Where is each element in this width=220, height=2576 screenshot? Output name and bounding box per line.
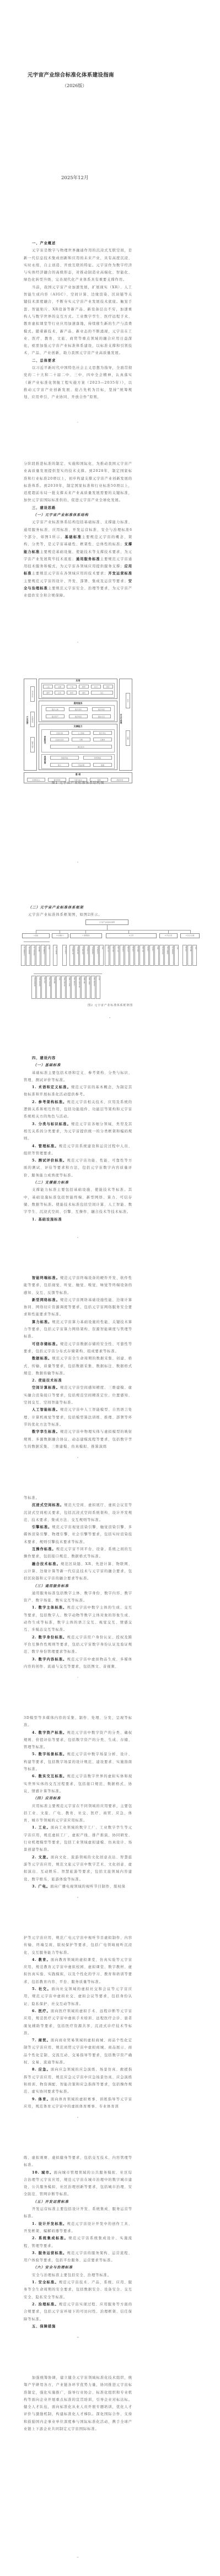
node-bb-child: BBE 引擎 (81, 976, 85, 999)
node-a-child: AA 术语和定义 (21, 945, 25, 966)
node-e-child: EC 服务运营 (169, 945, 174, 966)
paragraph: 元宇宙产业标准体系结构包括基础标准、支撑能力标准、通用服务标准、应用标准、开发运… (24, 519, 132, 599)
section-heading: 一、产业概述 (24, 240, 132, 247)
enabling-tech-item: 引擎 (72, 738, 90, 741)
node-c-child: 其他 (99, 945, 104, 966)
group-node-a: A 基础 (22, 933, 50, 938)
node-d-child: DE 社交 (125, 945, 129, 966)
paragraph: 融合技术标准。规范区块链、XR、先进计算、物联网、云计算、边缘计算等新一代信息技… (24, 1561, 132, 1583)
paragraph: 1. 术语和定义标准。规范元宇宙的基本概念，为制定其他标准和开展标准化活动提供参… (24, 1084, 132, 1099)
paragraph: 人工智能标准。规范元宇宙中人工智能模型、自然语言处理、计算机视觉等要求，包括模型… (24, 1406, 132, 1428)
framework-root-node: 元宇宙产业标准体系框架 (85, 919, 128, 925)
section-heading: 五、保障措施 (24, 2323, 132, 2330)
paragraph: 以习近平新时代中国特色社会主义思想为指导，全面贯彻党的二十大和二十届二中、三中、… (24, 364, 132, 401)
paragraph: 引擎标准。规范元宇宙视觉渲染引擎、触觉渲染引擎、多媒体渲染引擎、物理引擎、社会引… (24, 1524, 132, 1546)
section-heading: 四、建设内容 (24, 1055, 132, 1062)
paragraph: 8. 应急。面向应急领域的应急演练、场景仿真、救援指挥等元宇宙应用，规范应急元宇… (24, 2066, 132, 2095)
node-bb-child: BBB 人工智能 (66, 976, 71, 999)
paragraph: 算力标准。规范元宇宙算力基础设施的性能、关键技术算力等要求，包括元宇宙算力网络架… (24, 1319, 132, 1341)
page-6-body: 智能终端标准。规范元宇宙终端设备的硬件开发、软件性能等要求，包括视觉、听觉、触觉… (24, 1274, 132, 1450)
paragraph: 4. 管理标准。规范元宇宙系统建设和运营过程中人员、组织等管理要求。 (24, 1143, 132, 1158)
document-date: 2025年12月 (61, 174, 88, 181)
node-bb-child: BBC 数字孪生 (71, 976, 76, 999)
subsection-heading: （一）元宇宙产业标准体系结构 (24, 512, 132, 519)
paragraph: 2. 文旅。面向文化、旅游领域的文化创意表达、智慧旅游等元宇宙应用，规范文旅元宇… (24, 1854, 132, 1883)
paragraph: 加强统筹协调，建立健全元宇宙领域标准化技术组织，统筹产学研用各方，产业链各环节优… (24, 2374, 132, 2433)
paragraph: 3. 分类与标识标准。规范元宇宙各细分领域、类型及其相互关系的分类要求，为元宇宙… (24, 1121, 132, 1143)
paragraph: 应用标准主要规范元宇宙在不同领域的应用要求，主要包括工业、文旅、广电、教育、社交… (24, 1803, 132, 1825)
page-number: 11 (77, 2556, 79, 2558)
security-item: 安全 (126, 693, 130, 708)
app-item: 医疗 (103, 685, 113, 689)
group-node-f: F 安全与治理 (180, 933, 200, 938)
paragraph: 5. 数字场景标准。规范元宇宙中数字场景分析、设计、构建等要求，包括数字场景的设… (24, 1751, 132, 1773)
page-2-body: 分阶段推进标准的制定、实施和国际化，为推动我国元宇宙产业高质量发展提供坚实的技术… (24, 460, 132, 600)
paragraph: 6. 数实交互标准。规范元宇宙数字世界的虚拟实体和现实世界实体的交互过程要求，包… (24, 1773, 132, 1795)
node-d-child: DI 体育 (144, 945, 149, 966)
paragraph: 支撑能力标准主要包括基础设施、使能技术等标准。其中，基础设施标准包括智能终端、新… (24, 1186, 132, 1216)
page-number: 4 (109, 1017, 111, 1019)
paragraph: 5. 社交。面向社交领域的虚拟社交和会议等元宇宙应用，规范元宇宙中虚拟社交、虚拟… (24, 1986, 132, 2008)
page-5-body: 四、建设内容 （一）基础标准 基础标准主要包括术语和定义、参考架构、分类与标识、… (24, 1055, 132, 1223)
node-ba-child: BAC 算力 (41, 976, 46, 999)
node-c-child: CD 数字资产 (84, 945, 89, 966)
page-number: 9 (77, 2116, 79, 2118)
paragraph: 2. 系统集成标准。规范元宇宙系统集成设计、实施流程、管理等要求。 (24, 2235, 132, 2250)
node-a-child: AD 管理 (36, 945, 40, 966)
enabling-tech-item: 沉浸式空间 (50, 738, 69, 741)
section-heading: 三、建设思路 (24, 504, 132, 512)
page-1-body: 一、产业概述 元宇宙是数字与物理世界融通作用的沉浸式互联空间，是新一代信息技术集… (24, 240, 132, 401)
paragraph: 5. 测试评价标准。规范元宇宙功能、性能、可靠性等方面的测试、评估等要求和方法，… (24, 1157, 132, 1179)
figure-2-caption: 图2 元宇宙产业标准体系框架图 (77, 1003, 143, 1007)
paragraph: 安全与治理标准主要包括安全、治理等标准。 (24, 2272, 132, 2279)
paragraph: 1. 安全标准。规范元宇宙技术、产品、系统、应用、服务等全生命周期的安全要求，包… (24, 2279, 132, 2301)
node-bb-child: BBF 互操作 (86, 976, 90, 999)
app-item: 城市 (79, 691, 89, 695)
paragraph: 元宇宙是数字与物理世界融通作用的沉浸式互联空间，是新一代信息技术集成创新和应用的… (24, 247, 132, 283)
node-bb-child: 其他 (96, 976, 100, 999)
paragraph: 分阶段推进标准的制定、实施和国际化，为推动我国元宇宙产业高质量发展提供坚实的技术… (24, 460, 132, 504)
paragraph: 当前，我国元宇宙产业加速发展，扩展现实（XR）、人工智能生成内容（AIGC）、空… (24, 284, 132, 357)
node-f-child: FB 治理 (187, 945, 192, 966)
node-d-child: DC 广电 (115, 945, 119, 966)
paragraph: 1. 数字主体标准。规范元宇宙中数字主体的生成、交互等要求，包括数字人、数字动物… (24, 1604, 132, 1633)
enabling-tech-item: 人工智能 (72, 731, 90, 735)
paragraph: 新型网络标准。规范元宇宙网络基础设施性能、边缘计算协同、网络切片资源调度等要求，… (24, 1297, 132, 1319)
paragraph: 6. 医疗。面向医疗领域的虚拟手术、远程诊断等元宇宙应用，规范医疗元宇宙中虚拟手… (24, 2008, 132, 2037)
node-ba-child: BAE 数据 (51, 976, 56, 999)
node-e-child: EB 系统集成 (164, 945, 169, 966)
dev-ops-item: 系统集成 (30, 712, 35, 727)
paragraph: 1. 设计开发标准。规范元宇宙设计开发中的创作工具、开发框架、编解码器等要求。 (24, 2220, 132, 2235)
node-d-child: DD 教育 (120, 945, 124, 966)
paragraph: 3D模型等多媒体内容的采集、制作、处理、分发、呈现等标准。 (24, 1714, 132, 1729)
group-node-d: D 应用 (106, 933, 157, 938)
paragraph: 4. 数字资产标准。规范元宇宙中数字资产的分类、确权规则、价值评估等要求，包括数… (24, 1729, 132, 1751)
node-e-child: 其他 (174, 945, 179, 966)
paragraph: 2. 参考架构标准。规范元宇宙相关技术、应用及系统的逻辑关系和相互作用，包括功能… (24, 1099, 132, 1121)
page-number: 5 (77, 1236, 79, 1239)
app-item: 工业 (43, 685, 53, 689)
application-label: 应用 (39, 679, 117, 682)
node-a-child: AC 分类与标识 (31, 945, 35, 966)
node-d-child: 其他 (154, 945, 159, 966)
node-bb-child: BBD 沉浸式空间 (76, 976, 81, 999)
sub-subsection-heading: 1. 基础设施标准 (24, 1216, 132, 1223)
infrastructure-item: 数据 (93, 763, 112, 767)
security-governance-label: 安全与治理 (120, 714, 123, 724)
app-item: 广电 (67, 685, 77, 689)
document-title: 元宇宙产业综合标准化体系建设指南 (28, 71, 114, 78)
enabling-tech-item: 互操作 (93, 738, 112, 741)
node-b-child: BA 基础设施 (53, 945, 57, 966)
page-9-body: 护等元宇宙应用，规范广电元宇宙中视听节目虚拟制作、内容传输、终端呈现、版权保护等… (24, 1934, 132, 2110)
subsection-heading: （一）基础标准 (24, 1062, 132, 1069)
group-node-b: B 支撑能力 (52, 933, 68, 938)
node-c-child: CE 数字场景 (89, 945, 94, 966)
node-c-child: CC 数字内容 (79, 945, 84, 966)
app-item: 应急 (55, 691, 65, 695)
paragraph: 2. 数字身份标准。规范元宇宙用户身份认证、授权及跨平台互操作性规则等要求，包括… (24, 1634, 132, 1656)
paragraph: 基础标准主要包括术语和定义、参考架构、分类与标识、管理、测试评价等标准。 (24, 1069, 132, 1084)
node-bb-child: BBG 融合技术 (91, 976, 95, 999)
paragraph: 空间计算标准。规范元宇宙空间感知精度、三维建模、虚实融合渲染接口等要求，包括规范… (24, 1384, 132, 1406)
page-4-intro: （二）元宇宙产业标准体系框架 元宇宙产业标准体系框架图，如图2所示。 (24, 904, 145, 918)
enabling-tech-item: 空间计算 (50, 731, 69, 735)
base-label: 基 础 (24, 773, 132, 776)
node-f-child: FA 安全 (183, 945, 187, 966)
page-8-body: 3D模型等多媒体内容的采集、制作、处理、分发、呈现等标准。 4. 数字资产标准。… (24, 1714, 132, 1890)
paragraph: 1. 工业。面向工业领域的数字工厂、工业数字孪生等元宇宙应用，规范虚拟工厂、虚拟… (24, 1824, 132, 1853)
paragraph: 2. 治理标准。规范元宇宙实现过程、应用服务等方面的合规要求，包括元宇宙环境下的… (24, 2301, 132, 2323)
app-item: 文旅 (55, 685, 65, 689)
group-node-c: C 通用服务 (70, 933, 102, 938)
app-item: 商贸 (43, 691, 53, 695)
paragraph: 沉浸式空间标准。规范大空间、虚拟展厅、虚拟会议室等沉浸式空间相关要求，包括沉浸式… (24, 1502, 132, 1524)
paragraph: 3. 广电。面向广播电视领域的视听节目制作、版权保 (24, 1883, 132, 1890)
page-number: 8 (77, 1896, 79, 1899)
node-b-child: BB 使能技术 (62, 945, 67, 966)
page-11-body: 加强统筹协调，建立健全元宇宙领域标准化技术组织，统筹产学研用各方，产业链各环节优… (24, 2374, 132, 2433)
page-number: 3 (77, 861, 79, 863)
document-edition: （2026版） (62, 83, 87, 89)
infrastructure-item: 算力 (50, 763, 69, 767)
paragraph: 通用服务标准包括数字主体、数字身份、数字内容、数字资产、数字场景、数实交互等标准… (24, 1590, 132, 1605)
subsection-heading: （二）支撑能力标准 (24, 1179, 132, 1186)
paragraph: 开发运营标准主要包括设计开发、系统集成、服务运营等标准。 (24, 2206, 132, 2220)
sub-subsection-heading: 2. 使能技术标准 (24, 1377, 132, 1384)
enabling-tech-label: 使能技术 (44, 736, 47, 744)
infrastructure-item: 可信存储 (72, 763, 90, 767)
dev-ops-item: 服务运营 (30, 737, 35, 752)
figure-1-caption: 图1 元宇宙产业标准体系结构图 (24, 780, 132, 785)
paragraph: 数字孪生标准。规范元宇宙中物理实体与虚拟模型的映射规则、多源数据融合协议、动态建… (24, 1428, 132, 1450)
subsection-heading: （四）应用标准 (24, 1795, 132, 1802)
paragraph: 数据标准。规范元宇宙全生命周期的数据采集、创建、格式、传输、质量等要求，包括数据… (24, 1355, 132, 1377)
paragraph: 9. 体育。面向体育领域的虚拟赛事、训练指导等元宇宙应用，规范体育元宇宙中的虚拟… (24, 2096, 132, 2111)
node-c-child: CA 数字主体 (69, 945, 74, 966)
governance-item: 治理 (126, 730, 130, 746)
node-ba-child: BAB 新型网络 (36, 976, 41, 999)
page-number: 6 (77, 1456, 79, 1459)
node-a-child: AB 参考架构 (26, 945, 30, 966)
page-number: 10 (77, 2336, 79, 2338)
page-10-body: 练、虚拟观赛、虚拟健身等要求，包括交互技术、内容管理等标准。 10. 城市。面向… (24, 2154, 132, 2330)
node-d-child: DH 应急 (139, 945, 144, 966)
enabling-tech-item: 数字孪生 (93, 731, 112, 735)
node-e-child: EA 设计开发 (159, 945, 164, 966)
figure-1-structure-diagram: 开发运营 设计开发 系统集成 服务运营 安全与治理 安全 治理 应用 工业 文旅… (24, 679, 132, 778)
paragraph: 互操作标准。规范元宇宙不同平台、设备、系统之间的互操作要求，包括接口规范、数据格… (24, 1546, 132, 1561)
service-item: 数实交互 (92, 714, 111, 718)
node-d-child: DF 医疗 (130, 945, 134, 966)
node-f-child: 其他 (192, 945, 197, 966)
node-d-child: DG 商贸 (135, 945, 139, 966)
subsection-heading: （三）通用服务标准 (24, 1583, 132, 1590)
paragraph: 4. 教育。面向教育领域的虚拟课堂、仿真实验等元宇宙应用，规范教育元宇宙中虚拟校… (24, 1956, 132, 1986)
paragraph: 3. 数字内容标准。规范元宇宙中虚拟物品生成、多媒体内容的创作、流通与交互等要求… (24, 1656, 132, 1671)
page-number: 7 (77, 1676, 79, 1679)
infrastructure-label: 基础设施 (44, 756, 47, 763)
paragraph: 可信存储标准。规范元宇宙数据存储的安全性、可靠性等要求，包括元宇宙分布式存储架构… (24, 1341, 132, 1356)
page-7-body: 等标准。 沉浸式空间标准。规范大空间、虚拟展厅、虚拟会议室等沉浸式空间相关要求，… (24, 1494, 132, 1670)
section-heading: 二、总体要求 (24, 357, 132, 364)
paragraph: 等标准。 (24, 1494, 132, 1502)
paragraph: 练、虚拟观赛、虚拟健身等要求，包括交互技术、内容管理等标准。 (24, 2154, 132, 2169)
subsection-heading: （五）开发运营标准 (24, 2198, 132, 2206)
node-d-child: DB 文旅 (110, 945, 114, 966)
node-d-child: DJ 城市 (149, 945, 154, 966)
node-ba-child: BAD 可信存储 (46, 976, 51, 999)
app-item: 体育 (67, 691, 77, 695)
node-a-child: 其他 (46, 945, 50, 966)
subsection-heading: （二）元宇宙产业标准体系框架 (24, 904, 145, 911)
dev-ops-item: 设计开发 (30, 686, 35, 702)
service-item: 数字主体 (46, 707, 65, 711)
node-c-child: CF 数实交互 (94, 945, 99, 966)
paragraph: 护等元宇宙应用，规范广电元宇宙中视听节目虚拟制作、内容传输、终端呈现、版权保护等… (24, 1934, 132, 1956)
paragraph: 10. 城市。面向城市管理领域的公共服务模拟、社区综合治理等元宇宙应用，规范元宇… (24, 2169, 132, 2198)
node-d-child: DA 工业 (105, 945, 109, 966)
service-item: 数字身份 (69, 707, 88, 711)
paragraph: 7. 商贸。面向商业贸易领域的虚拟商城、商品个性化定制等元宇宙应用，规范商贸元宇… (24, 2037, 132, 2066)
paragraph: 3. 服务运营标准。规范元宇宙的服务架构、运营流程、用户体验等要求，包括平台服务… (24, 2250, 132, 2265)
app-item: 社交 (91, 685, 101, 689)
support-capability-label: 支撑能力 (39, 725, 117, 728)
figure-2-framework-diagram: 元宇宙产业标准体系框架 A 基础 B 支撑能力 C 通用服务 D 应用 E 开发… (19, 918, 201, 1001)
app-item: 其它 (91, 691, 113, 695)
node-c-child: CB 数字身份 (74, 945, 79, 966)
service-item: 数字场景 (69, 714, 88, 718)
node-bb-child: BBA 空间计算 (61, 976, 66, 999)
node-ba-child: 其他 (56, 976, 61, 999)
page-number: 2 (77, 641, 79, 643)
service-item: 数字内容 (92, 707, 111, 711)
group-node-e: E 开发运营 (159, 933, 178, 938)
page-number: 1 (77, 421, 79, 423)
node-ba-child: BAA 智能终端 (31, 976, 36, 999)
subsection-heading: （六）安全与治理标准 (24, 2264, 132, 2271)
node-a-child: AE 测试评价 (41, 945, 45, 966)
enabling-tech-item: 融合技术 (50, 745, 112, 749)
dev-ops-label: 开发运营 (26, 716, 29, 724)
infrastructure-item: 新型网络 (83, 756, 112, 760)
infrastructure-item: 智能终端 (50, 756, 79, 760)
service-item: 数字资产 (46, 714, 65, 718)
paragraph: 智能终端标准。规范元宇宙终端设备的硬件开发、软件性能等要求，包括视觉、听觉、触觉… (24, 1274, 132, 1297)
app-item: 教育 (79, 685, 89, 689)
